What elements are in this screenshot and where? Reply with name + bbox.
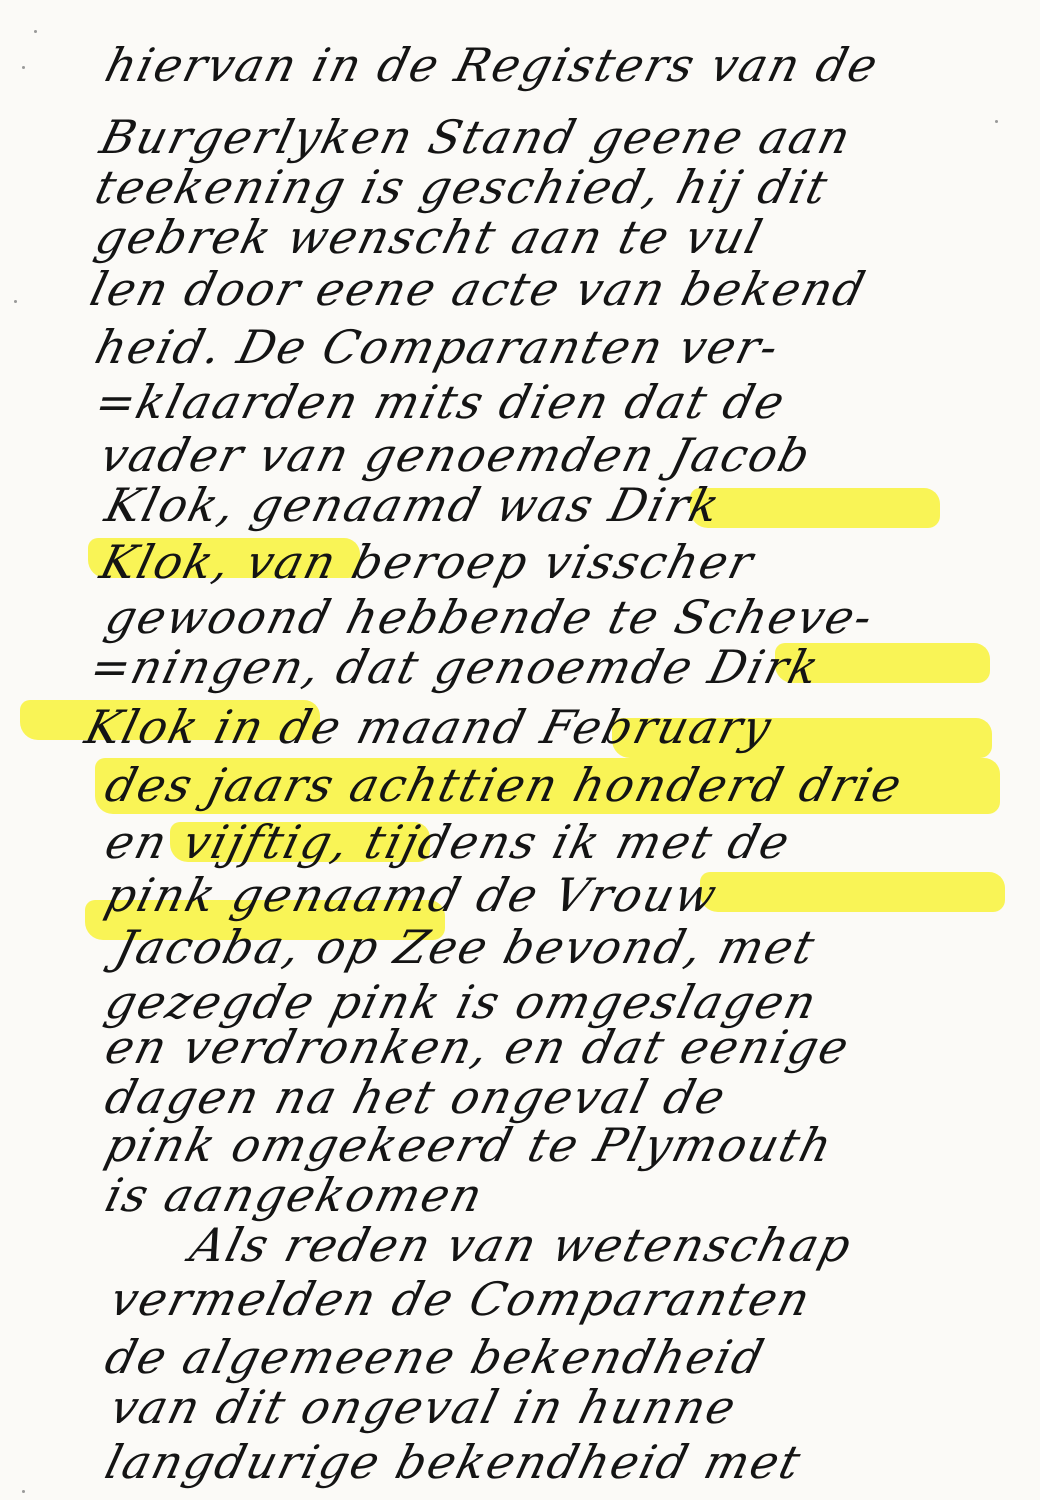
line-8: vader van genoemden Jacob bbox=[95, 428, 817, 482]
highlight-vrouw bbox=[700, 872, 1005, 912]
line-15: en vijftig, tijdens ik met de bbox=[100, 815, 797, 869]
scan-speck bbox=[14, 300, 17, 303]
line-25: de algemeene bekendheid bbox=[100, 1330, 771, 1384]
line-11: gewoond hebbende te Scheve- bbox=[100, 590, 880, 644]
line-27: langdurige bekendheid met bbox=[100, 1435, 808, 1489]
line-24: vermelden de Comparanten bbox=[105, 1272, 817, 1326]
highlight-was-dirk bbox=[690, 488, 940, 528]
scan-speck bbox=[34, 30, 37, 33]
line-23: Als reden van wetenschap bbox=[185, 1218, 858, 1272]
line-10: Klok, van beroep visscher bbox=[95, 535, 760, 589]
line-17: Jacoba, op Zee bevond, met bbox=[110, 920, 822, 974]
line-14: des jaars achttien honderd drie bbox=[100, 758, 909, 812]
line-6: heid. De Comparanten ver- bbox=[90, 320, 786, 374]
line-5: len door eene acte van bekend bbox=[85, 262, 872, 316]
scan-speck bbox=[995, 120, 998, 123]
line-16: pink genaamd de Vrouw bbox=[100, 868, 724, 922]
line-19: en verdronken, en dat eenige bbox=[100, 1020, 856, 1074]
line-9: Klok, genaamd was Dirk bbox=[100, 478, 727, 532]
line-2: Burgerlyken Stand geene aan bbox=[95, 110, 858, 164]
line-1: hiervan in de Registers van de bbox=[100, 38, 885, 92]
line-13: Klok in de maand February bbox=[80, 700, 778, 754]
line-7: =klaarden mits dien dat de bbox=[90, 375, 792, 429]
scanned-document-page: hiervan in de Registers van de Burgerlyk… bbox=[0, 0, 1040, 1500]
line-21: pink omgekeerd te Plymouth bbox=[100, 1118, 839, 1172]
scan-speck bbox=[22, 1490, 25, 1493]
line-26: van dit ongeval in hunne bbox=[105, 1380, 743, 1434]
line-20: dagen na het ongeval de bbox=[100, 1070, 732, 1124]
line-12: =ningen, dat genoemde Dirk bbox=[85, 640, 826, 694]
line-22: is aangekomen bbox=[100, 1168, 490, 1222]
line-3: teekening is geschied, hij dit bbox=[90, 160, 835, 214]
line-4: gebrek wenscht aan te vul bbox=[90, 210, 769, 264]
scan-speck bbox=[22, 66, 25, 69]
